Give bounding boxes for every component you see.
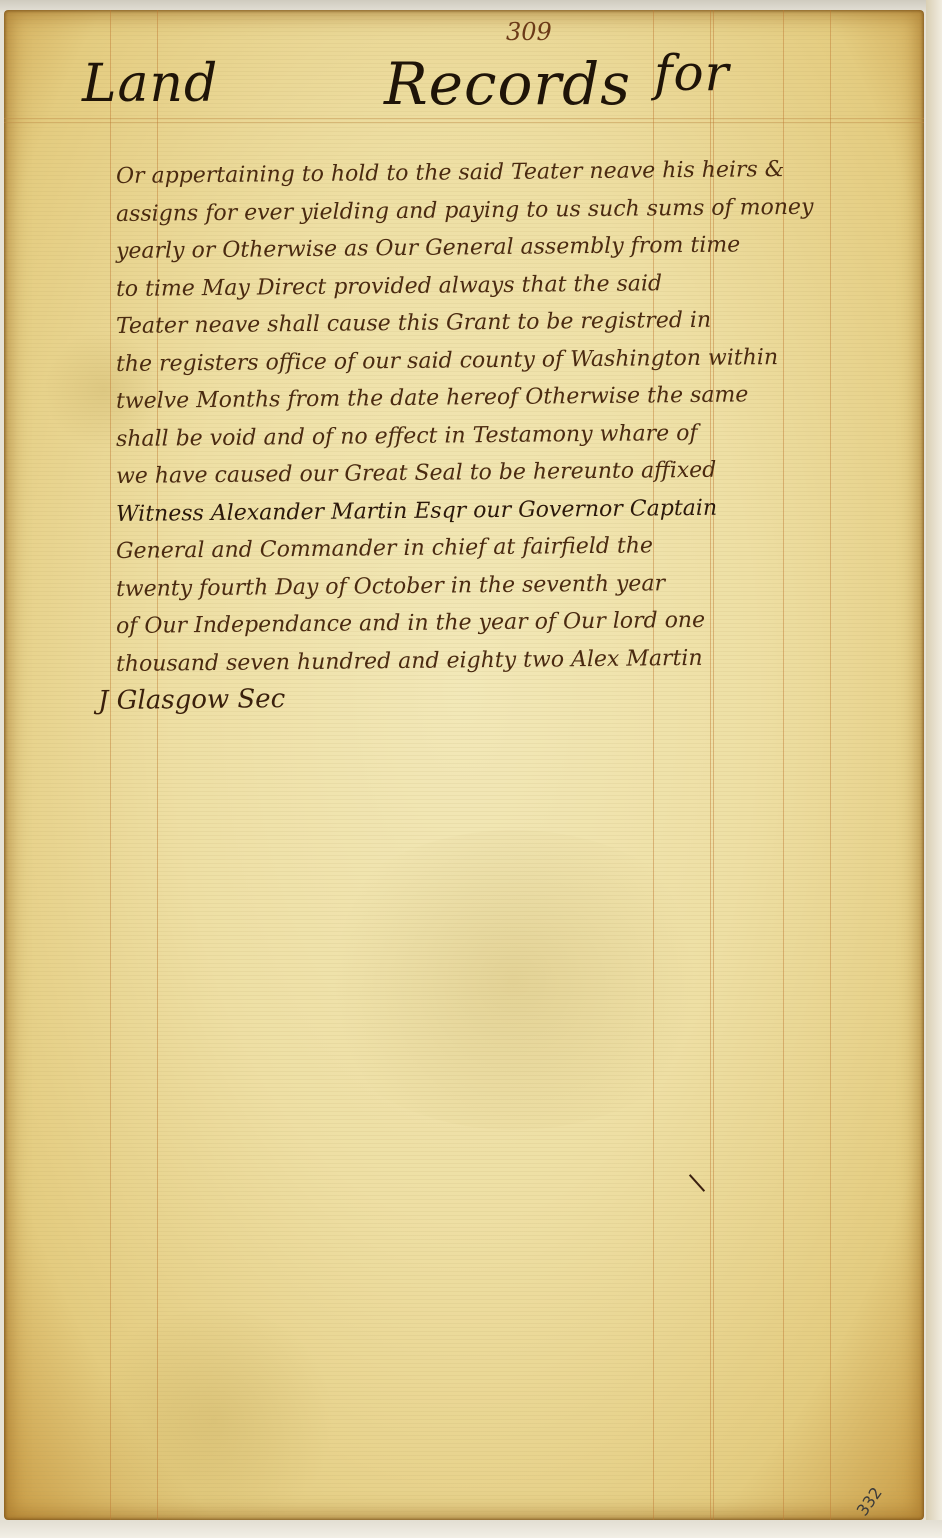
header-rule xyxy=(4,122,924,123)
header-word-records: Records xyxy=(384,50,631,118)
margin-rule xyxy=(110,10,111,1520)
stray-pen-mark xyxy=(689,1174,705,1192)
folio-number: 309 xyxy=(506,18,552,46)
secretary-signature: J Glasgow Sec xyxy=(98,674,916,720)
header-word-for: for xyxy=(654,44,730,102)
header-word-land: Land xyxy=(82,54,218,114)
header-rule xyxy=(4,118,924,119)
manuscript-page: 309 Land Records for Or appertaining to … xyxy=(4,10,924,1520)
water-stain xyxy=(84,1310,344,1520)
handwritten-body: Or appertaining to hold to the said Teat… xyxy=(116,158,916,721)
water-stain xyxy=(304,830,724,1130)
paper-mount-bottom xyxy=(0,1520,942,1538)
page-number: 332 xyxy=(853,1484,886,1520)
paper-mount-right xyxy=(926,0,942,1538)
